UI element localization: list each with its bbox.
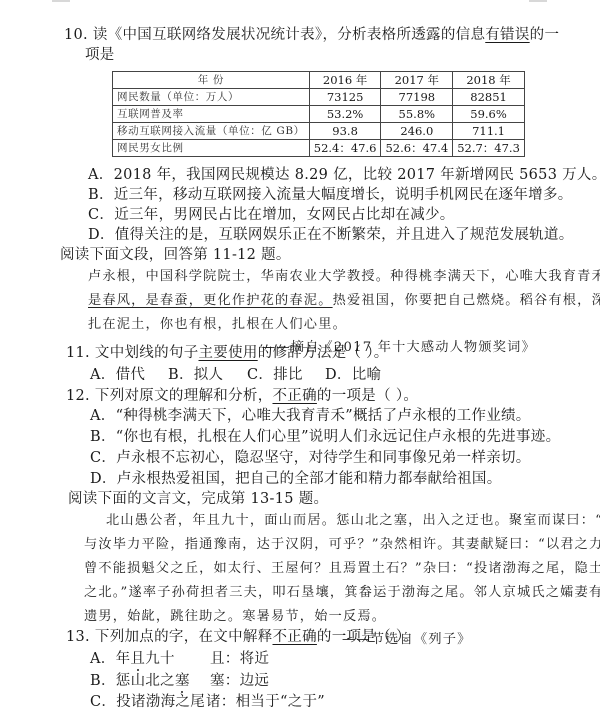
q13-option-c-gloss: 诸：相当于“之于” [206,692,325,708]
q13-stem: 13. 下列加点的字，在文中解释不正确的一项是（ ）。 [66,627,418,647]
passage1-intro: 阅读下面文段，回答第 11-12 题。 [60,245,291,265]
table-cell: 246.0 [381,123,453,140]
q13-option-c: C．投诸渤海之尾 [90,692,205,708]
passage2-line: 与汝毕力平险，指通豫南，达于汉阴，可乎？”杂然相许。其妻献疑曰：“以君之力， [84,535,600,555]
q13-number: 13. [66,629,90,645]
q11-option-b: B．拟人 [168,365,223,385]
q12-stem-text-end: 的一项是（ ）。 [317,388,418,404]
option-text: 九十 [145,651,175,667]
q12-stem: 12. 下列对原文的理解和分析，不正确的一项是（ ）。 [66,386,418,406]
q13-option-b-gloss: 塞：边远 [210,671,269,691]
table-row: 移动互联网接入流量（单位：亿 GB） 93.8 246.0 711.1 [113,123,525,140]
option-text: 投 [116,694,131,708]
q11-stem: 11. 文中划线的句子主要使用的修辞方法是（ ）。 [66,343,389,363]
option-letter: A． [90,651,116,667]
table-cell: 82851 [453,89,525,106]
q11-stem-text: 文中划线的句子 [95,345,199,361]
table-header-cell: 2016 年 [309,72,381,89]
q13-stem-text-end: 的一项是（ ）。 [317,629,418,645]
q11-stem-underlined: 主要使用 [199,345,258,361]
passage1-underlined-sentence: 是春风，是春蚕，更化作护花的春泥。 [88,293,333,308]
q12-option-b: B．“你也有根，扎根在人们心里”说明人们永远记住卢永根的先进事迹。 [90,427,560,447]
table-cell: 52.6：47.4 [381,140,453,157]
passage2-line: 之北。”遂率子孙荷担者三夫，叩石垦壤，箕畚运于渤海之尾。邻人京城氏之孀妻有 [84,583,600,603]
q13-stem-underlined: 不正确 [273,629,317,645]
table-cell: 52.4：47.6 [309,140,381,157]
q10-stem-line2: 项是 [85,45,115,65]
q10-stem-text-end: 的一 [530,27,560,43]
table-header-cell: 2018 年 [453,72,525,89]
q11-option-a: A．借代 [90,365,145,385]
dotted-char: 且 [130,651,145,667]
q12-number: 12. [66,388,90,404]
dotted-char: 诸 [131,694,146,708]
q12-option-a: A．“种得桃李满天下，心唯大我育青禾”概括了卢永根的工作业绩。 [90,406,531,426]
q11-option-c: C．排比 [247,365,303,385]
table-row: 互联网普及率 53.2% 55.8% 59.6% [113,106,525,123]
q12-stem-text: 下列对原文的理解和分析， [95,388,273,404]
table-cell: 55.8% [381,106,453,123]
table-header-cell: 2017 年 [381,72,453,89]
q10-option-b: B．近三年，移动互联网接入流量大幅度增长，说明手机网民在逐年增多。 [88,185,573,205]
passage2-line: 曾不能损魁父之丘，如太行、王屋何？且焉置土石？”杂曰：“投诸渤海之尾，隐土 [84,559,600,579]
q13-stem-text: 下列加点的字，在文中解释 [95,629,273,645]
q11-option-d: D．比喻 [325,365,381,385]
table-cell: 73125 [309,89,381,106]
internet-stats-table: 年 份 2016 年 2017 年 2018 年 网民数量（单位：万人） 731… [112,71,525,157]
passage2-line: 遗男，始龀，跳往助之。寒暑易节，始一反焉。 [84,607,386,627]
passage1-line2: 是春风，是春蚕，更化作护花的春泥。热爱祖国，你要把自己燃烧。稻谷有根，深 [88,291,600,311]
table-cell: 93.8 [309,123,381,140]
table-cell: 52.7：47.3 [453,140,525,157]
table-header-row: 年 份 2016 年 2017 年 2018 年 [113,72,525,89]
table-cell: 77198 [381,89,453,106]
table-cell: 53.2% [309,106,381,123]
q10-option-a: A．2018 年，我国网民规模达 8.29 亿，比较 2017 年新增网民 56… [88,165,600,185]
q12-option-d: D．卢永根热爱祖国，把自己的全部才能和精力都奉献给祖国。 [90,469,502,489]
passage1-line3: 扎在泥土，你也有根，扎根在人们心里。 [88,315,347,335]
passage2-line: 北山愚公者，年且九十，面山而居。惩山北之塞，出入之迂也。聚室而谋曰：“吾 [106,511,600,531]
dotted-char: 塞 [175,673,190,689]
passage1-line1: 卢永根，中国科学院院士，华南农业大学教授。种得桃李满天下，心唯大我育青禾。 [88,267,600,287]
q10-option-c: C．近三年，男网民占比在增加，女网民占比却在减少。 [88,205,455,225]
q13-option-a-gloss: 且：将近 [210,649,269,669]
q10-option-d: D．值得关注的是，互联网娱乐正在不断繁荣，并且进入了规范发展轨道。 [88,225,574,245]
table-row-label: 网民男女比例 [113,140,310,157]
q12-option-c: C．卢永根不忘初心，隐忍坚守，对待学生和同事像兄弟一样亲切。 [90,448,531,468]
table-cell: 711.1 [453,123,525,140]
table-cell: 59.6% [453,106,525,123]
option-letter: B． [90,673,116,689]
page-edge-mark-right [529,0,547,2]
option-text: 渤海之尾 [146,694,205,708]
table-row-label: 互联网普及率 [113,106,310,123]
option-text: 年 [116,651,131,667]
option-text: 惩山北之 [116,673,175,689]
passage2-intro: 阅读下面的文言文，完成第 13-15 题。 [68,489,328,509]
table-header-cell: 年 份 [113,72,310,89]
table-row-label: 移动互联网接入流量（单位：亿 GB） [113,123,310,140]
q13-option-a: A．年且九十 [90,649,175,669]
q11-stem-text-end: 的修辞方法是（ ）。 [258,345,389,361]
q10-stem: 10. 读《中国互联网络发展状况统计表》，分析表格所透露的信息有错误的一 [64,25,559,45]
q13-option-b: B．惩山北之塞 [90,671,190,691]
page-edge-mark-left [52,0,70,2]
table-row: 网民男女比例 52.4：47.6 52.6：47.4 52.7：47.3 [113,140,525,157]
q11-number: 11. [66,345,90,361]
passage1-line2-rest: 热爱祖国，你要把自己燃烧。稻谷有根，深 [333,293,600,308]
table-row: 网民数量（单位：万人） 73125 77198 82851 [113,89,525,106]
q10-stem-underlined: 有错误 [485,27,529,43]
table-row-label: 网民数量（单位：万人） [113,89,310,106]
option-letter: C． [90,694,116,708]
q12-stem-underlined: 不正确 [273,388,317,404]
q10-stem-text: 读《中国互联网络发展状况统计表》，分析表格所透露的信息 [93,27,485,43]
q10-number: 10. [64,27,88,43]
